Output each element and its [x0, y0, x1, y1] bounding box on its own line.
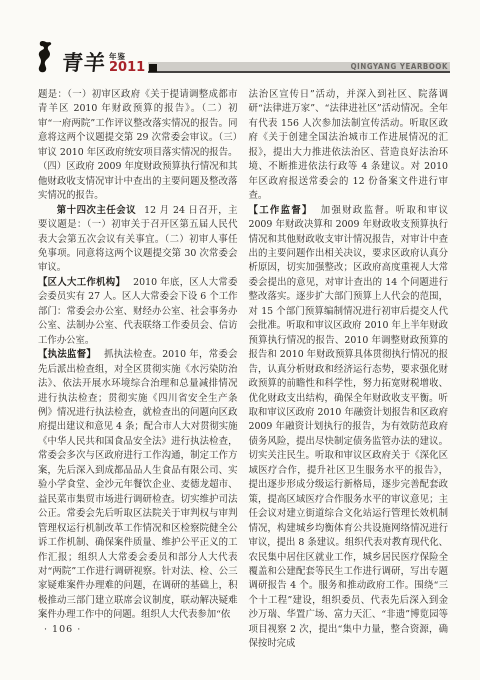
entry-text: 加强财政监督。听取和审议 2009 年财政决算和 2009 年财政收支预算执行情…	[249, 205, 449, 650]
entry-law-enforcement-supervision: 【执法监督】抓执法检查。2010 年，常委会先后派出检查组，对全区贯彻实施《水污…	[38, 348, 238, 623]
two-column-text: 题是：（一）初审区政府《关于提请调整成都市青羊区 2010 年财政预算的报告》。…	[38, 88, 448, 652]
entry-head: 【区人大工作机构】	[38, 277, 125, 288]
entry-head: 【执法监督】	[38, 349, 96, 360]
yearbook-logo: 青羊 年鉴 2011	[36, 40, 157, 74]
logo-square-mark	[149, 64, 157, 72]
yearbook-page: QINGYANG YEARBOOK 青羊 年鉴 2011 题是：（一）初审区政府…	[0, 0, 480, 680]
meeting-14-lead: 第十四次主任会议	[57, 205, 136, 216]
goat-logo-icon	[36, 40, 60, 74]
paragraph-text: 法治区宣传日”活动，并深入到社区、院落调研“法律进万家”、“法律进社区”活动情况…	[249, 89, 449, 201]
header-bar: QINGYANG YEARBOOK	[148, 62, 450, 73]
page-header: QINGYANG YEARBOOK 青羊 年鉴 2011	[36, 40, 450, 80]
logo-year-stack: 年鉴 2011	[109, 53, 145, 74]
entry-work-supervision: 【工作监督】加强财政监督。听取和审议 2009 年财政决算和 2009 年财政收…	[249, 204, 449, 652]
logo-title-chinese: 青羊	[61, 52, 107, 74]
paragraph-continued: 法治区宣传日”活动，并深入到社区、院落调研“法律进万家”、“法律进社区”活动情况…	[249, 88, 449, 204]
left-column: 题是：（一）初审区政府《关于提请调整成都市青羊区 2010 年财政预算的报告》。…	[38, 88, 238, 652]
right-column: 法治区宣传日”活动，并深入到社区、院落调研“法律进万家”、“法律进社区”活动情况…	[249, 88, 449, 652]
logo-year: 2011	[109, 61, 145, 74]
page-number: · 106 ·	[44, 624, 81, 635]
paragraph-text: 题是：（一）初审区政府《关于提请调整成都市青羊区 2010 年财政预算的报告》。…	[38, 89, 238, 201]
entry-renda-organs: 【区人大工作机构】2010 年底，区人大常委会委员实有 27 人。区人大常委会下…	[38, 276, 238, 348]
entry-head: 【工作监督】	[249, 205, 313, 216]
header-english-title: QINGYANG YEARBOOK	[351, 62, 450, 71]
entry-text: 抓执法检查。2010 年，常委会先后派出检查组，对全区贯彻实施《水污染防治法》、…	[38, 349, 238, 620]
paragraph-meeting-14: 第十四次主任会议12 月 24 日召开，主要议题是：（一）初审关于召开区第五届人…	[38, 204, 238, 276]
paragraph-continued: 题是：（一）初审区政府《关于提请调整成都市青羊区 2010 年财政预算的报告》。…	[38, 88, 238, 204]
